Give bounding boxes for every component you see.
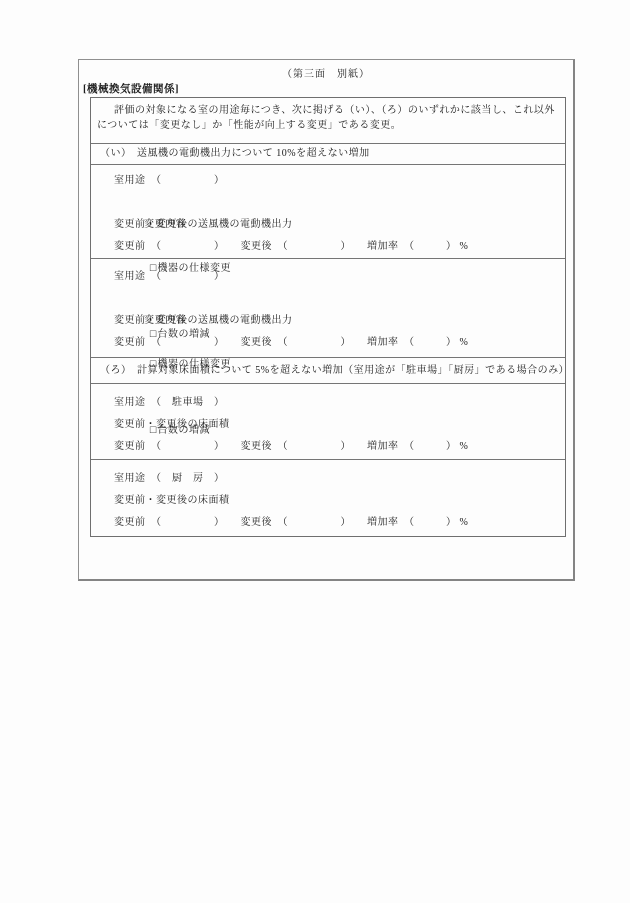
section-ro-block-parking: 室用途 （ 駐車場 ） 変更前・変更後の床面積 変更前 （ ） 変更後 （ ） … [91, 383, 565, 460]
floor-area-label: 変更前・変更後の床面積 [114, 414, 565, 436]
room-use-field: 室用途 （ 厨 房 ） [114, 468, 565, 490]
checkbox-icon: □ [150, 354, 157, 377]
before-after-values-row: 変更前 （ ） 変更後 （ ） 増加率 （ ） % [114, 436, 565, 458]
before-after-values-row: 変更前 （ ） 変更後 （ ） 増加率 （ ） % [114, 332, 565, 354]
room-use-field: 室用途 （ ） [114, 266, 565, 288]
form-box: 評価の対象になる室の用途毎につき、次に掲げる（い）、（ろ）のいずれかに該当し、こ… [90, 97, 566, 537]
section-ro-heading: （ろ） 計算対象床面積について 5%を超えない増加（室用途が「駐車場」「厨房」で… [91, 357, 565, 383]
change-content-row: 変更内容 □機器の仕様変更 □台数の増減 [114, 192, 565, 214]
checkbox-icon: □ [150, 323, 157, 346]
page-note: （第三面 別紙） [79, 65, 573, 80]
motor-output-label: 変更前・変更後の送風機の電動機出力 [114, 214, 565, 236]
section-ro-block-kitchen: 室用途 （ 厨 房 ） 変更前・変更後の床面積 変更前 （ ） 変更後 （ ） … [91, 459, 565, 536]
checkbox-icon: □ [150, 257, 157, 280]
checkbox-icon: □ [150, 420, 157, 443]
document-page-frame: （第三面 別紙） [機械換気設備関係] 評価の対象になる室の用途毎につき、次に掲… [78, 59, 575, 581]
floor-area-label: 変更前・変更後の床面積 [114, 490, 565, 512]
section-i-heading: （い） 送風機の電動機出力について 10%を超えない増加 [91, 143, 565, 164]
document-canvas: （第三面 別紙） [機械換気設備関係] 評価の対象になる室の用途毎につき、次に掲… [0, 0, 630, 903]
change-content-row: 変更内容 □機器の仕様変更 □台数の増減 [114, 288, 565, 310]
before-after-values-row: 変更前 （ ） 変更後 （ ） 増加率 （ ） % [114, 236, 565, 258]
intro-paragraph: 評価の対象になる室の用途毎につき、次に掲げる（い）、（ろ）のいずれかに該当し、こ… [91, 98, 565, 143]
motor-output-label: 変更前・変更後の送風機の電動機出力 [114, 310, 565, 332]
before-after-values-row: 変更前 （ ） 変更後 （ ） 増加率 （ ） % [114, 512, 565, 534]
room-use-field: 室用途 （ 駐車場 ） [114, 392, 565, 414]
document-title: [機械換気設備関係] [83, 81, 179, 96]
section-i-block-2: 室用途 （ ） 変更内容 □機器の仕様変更 □台数の増減 変更前・変更後の送風機… [91, 258, 565, 356]
section-i-block-1: 室用途 （ ） 変更内容 □機器の仕様変更 □台数の増減 変更前・変更後の送風機… [91, 164, 565, 259]
room-use-field: 室用途 （ ） [114, 170, 565, 192]
